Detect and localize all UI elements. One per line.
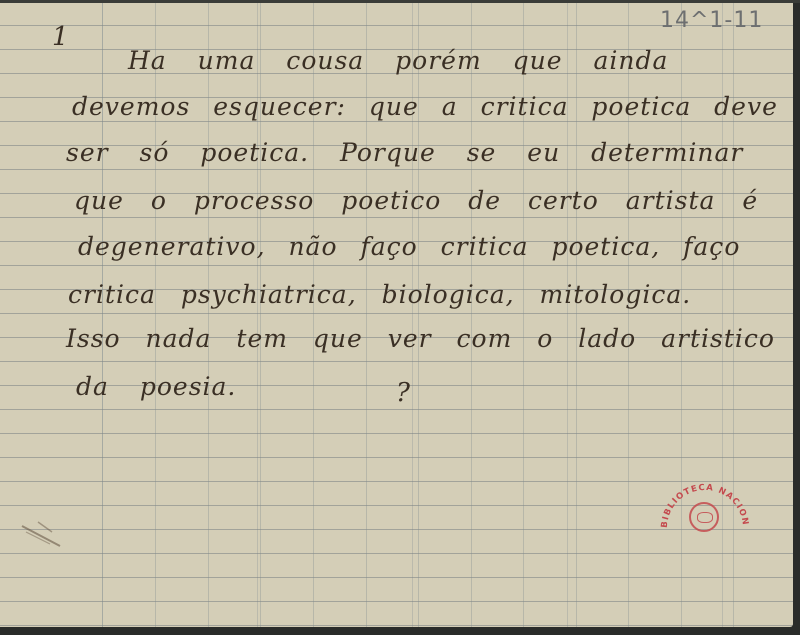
text-line-2: devemos esquecer: que a critica poetica … bbox=[72, 92, 778, 121]
archive-number: 14^1-11 bbox=[660, 8, 763, 33]
question-mark: ? bbox=[396, 378, 410, 408]
stamp-seal-icon bbox=[689, 502, 719, 532]
text-line-8: da poesia. bbox=[76, 372, 236, 401]
top-border bbox=[0, 0, 800, 3]
text-line-1: Ha uma cousa porém que ainda bbox=[128, 46, 668, 75]
text-line-3: ser só poetica. Porque se eu determinar bbox=[66, 138, 743, 167]
pencil-smudge bbox=[20, 520, 70, 550]
text-line-6: critica psychiatrica, biologica, mitolog… bbox=[68, 280, 691, 309]
library-stamp: BIBLIOTECA NACIONAL bbox=[655, 478, 755, 548]
manuscript-page: 14^1-11 1 Ha uma cousa porém que ainda d… bbox=[0, 0, 793, 627]
page-marker: 1 bbox=[52, 22, 69, 52]
text-line-4: que o processo poetico de certo artista … bbox=[74, 186, 758, 215]
text-line-7: Isso nada tem que ver com o lado artisti… bbox=[66, 324, 775, 353]
text-line-5: degenerativo, não faço critica poetica, … bbox=[78, 232, 740, 261]
